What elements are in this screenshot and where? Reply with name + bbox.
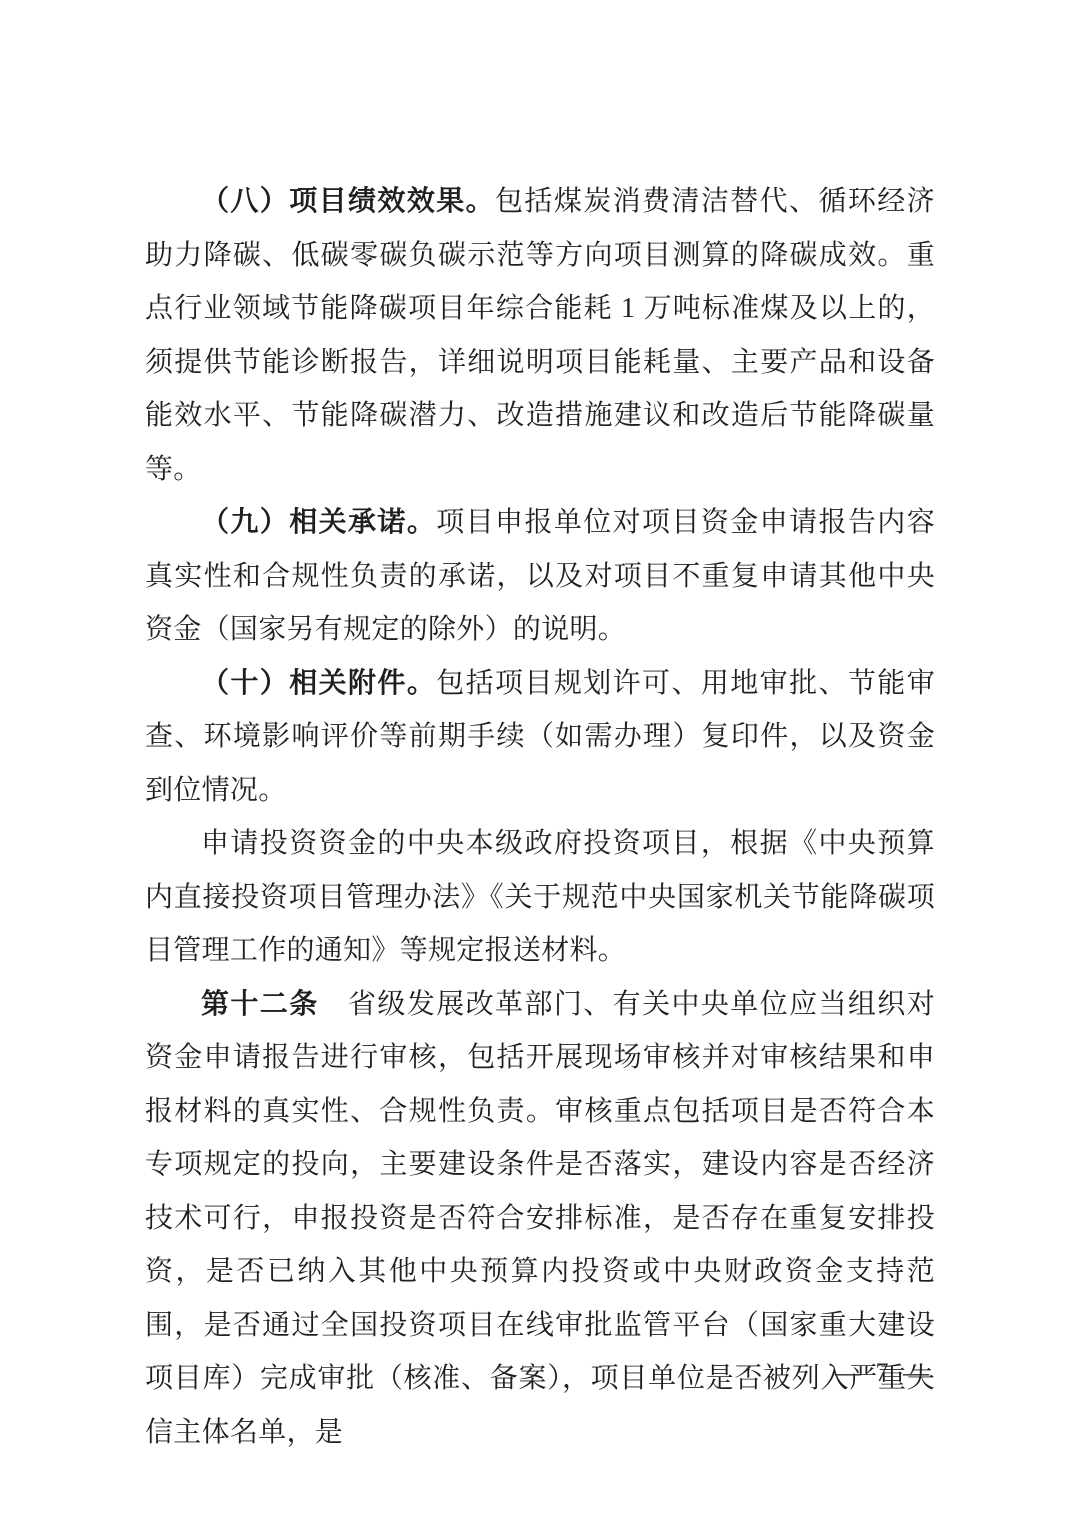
paragraph-text: 申请投资资金的中央本级政府投资项目，根据《中央预算内直接投资项目管理办法》《关于… — [145, 828, 935, 966]
page-number: — 7 — — [835, 1356, 933, 1390]
paragraph-lead-bold: 第十二条 — [201, 989, 319, 1020]
paragraph: （八）项目绩效效果。包括煤炭消费清洁替代、循环经济助力降碳、低碳零碳负碳示范等方… — [145, 175, 935, 496]
document-page: （八）项目绩效效果。包括煤炭消费清洁替代、循环经济助力降碳、低碳零碳负碳示范等方… — [0, 0, 1080, 1527]
paragraph-text: 包括煤炭消费清洁替代、循环经济助力降碳、低碳零碳负碳示范等方向项目测算的降碳成效… — [145, 186, 935, 485]
paragraph-lead-bold: （九）相关承诺。 — [201, 507, 436, 538]
paragraph: （十）相关附件。包括项目规划许可、用地审批、节能审查、环境影响评价等前期手续（如… — [145, 657, 935, 818]
paragraph-lead-bold: （十）相关附件。 — [201, 668, 436, 699]
paragraph-text: 省级发展改革部门、有关中央单位应当组织对资金申请报告进行审核，包括开展现场审核并… — [145, 989, 935, 1448]
paragraph: （九）相关承诺。项目申报单位对项目资金申请报告内容真实性和合规性负责的承诺，以及… — [145, 496, 935, 657]
document-body: （八）项目绩效效果。包括煤炭消费清洁替代、循环经济助力降碳、低碳零碳负碳示范等方… — [145, 175, 935, 1459]
paragraph: 申请投资资金的中央本级政府投资项目，根据《中央预算内直接投资项目管理办法》《关于… — [145, 817, 935, 978]
paragraph-lead-bold: （八）项目绩效效果。 — [201, 186, 495, 217]
paragraph: 第十二条 省级发展改革部门、有关中央单位应当组织对资金申请报告进行审核，包括开展… — [145, 978, 935, 1460]
